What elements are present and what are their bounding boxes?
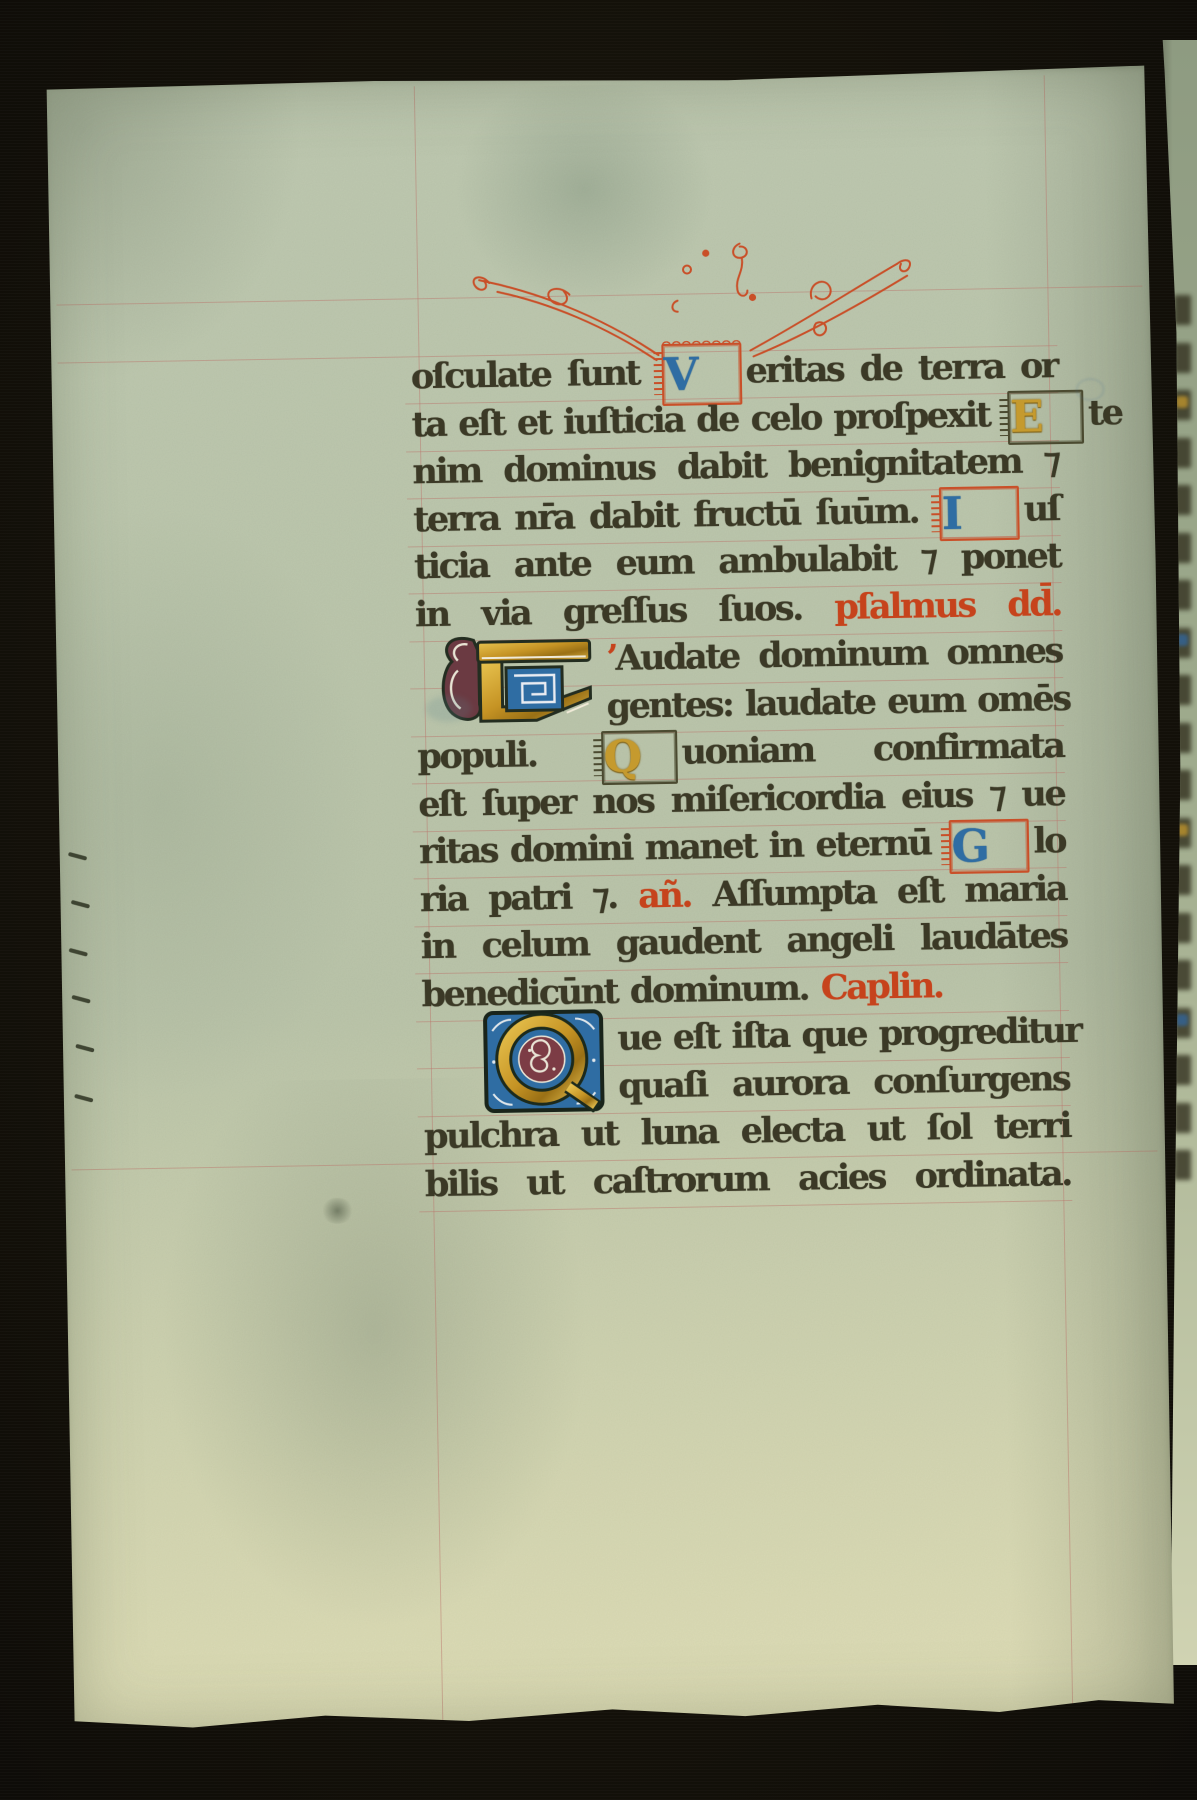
body-text: terra nr̄a dabit fructū ſuūm. — [413, 490, 934, 540]
ruling-layer — [43, 65, 1148, 84]
sewing-stitch — [75, 1044, 94, 1052]
parchment-stain — [10, 499, 380, 1105]
body-text: oſculate ſunt — [410, 352, 655, 397]
adjacent-page-text-row — [1174, 865, 1191, 895]
initial-letter: I — [941, 488, 1018, 539]
body-text: uſ — [1023, 488, 1059, 530]
adjacent-page-gold-initial — [1176, 396, 1188, 408]
rubric-text: Caplin. — [820, 965, 942, 1008]
rubric-text: añ. — [638, 874, 692, 916]
adjacent-page-text-row — [1174, 533, 1191, 563]
adjacent-page-text-row — [1174, 343, 1191, 373]
body-text: in celum gaudent angeli laudātes — [420, 915, 1067, 967]
adjacent-page-text-row — [1174, 1103, 1191, 1133]
manuscript-page: L — [43, 65, 1177, 1734]
adjacent-page-text-row — [1174, 295, 1191, 325]
sewing-stitch — [74, 1094, 93, 1102]
text-block: L — [410, 342, 1071, 1208]
adjacent-page-text-row — [1174, 485, 1191, 515]
adjacent-page-text-row — [1174, 1150, 1191, 1180]
sewing-stitches — [43, 65, 1148, 84]
initial-letter: G — [951, 820, 1028, 871]
body-text: Aſſumpta eſt maria — [691, 868, 1067, 916]
initial-letter: Q — [603, 731, 676, 782]
body-text: pulchra ut luna electa ut ſol terri — [424, 1105, 1071, 1157]
adjacent-page-text-row — [1174, 960, 1191, 990]
sewing-stitch — [71, 900, 90, 908]
parchment-stain — [320, 1198, 354, 1225]
body-text: eritas de terra or — [745, 345, 1057, 391]
body-text: in via greſſus ſuos. — [415, 587, 835, 635]
body-text: benedicūnt dominum. — [421, 967, 821, 1015]
body-text: bilis ut caſtrorum acies ordinata. — [425, 1152, 1072, 1204]
body-text: ue eſt iſta que progreditur — [617, 1010, 1081, 1059]
body-text: ticia ante eum ambulabit ⁊ ponet — [414, 535, 1061, 587]
sewing-stitch — [72, 995, 91, 1003]
sewing-stitch — [69, 948, 88, 956]
adjacent-page-text-row — [1174, 580, 1191, 610]
adjacent-page-text-row — [1174, 675, 1191, 705]
adjacent-page-blue-initial — [1176, 1014, 1188, 1026]
body-text: eſt ſuper nos miſericordia eius ⁊ ue — [418, 773, 1065, 825]
body-text: populi. — [417, 733, 596, 777]
adjacent-page-text-row — [1174, 770, 1191, 800]
body-text: gentes: laudate eum omēs — [606, 677, 1070, 726]
body-text: Audate dominum omnes — [615, 630, 1062, 679]
body-text: quaſi aurora conſurgens — [618, 1058, 1070, 1107]
body-text: ritas domini manet in eternū — [419, 822, 944, 872]
adjacent-page-gold-initial — [1176, 824, 1188, 836]
adjacent-page-text-row — [1174, 1055, 1191, 1085]
rubric-text: pſalmus dd̄. — [834, 583, 1061, 628]
adjacent-page-blue-initial — [1176, 634, 1188, 646]
body-text: lo — [1033, 820, 1065, 862]
body-text: ria patri ⁊. — [420, 875, 639, 920]
photo-backdrop: L — [0, 0, 1197, 1800]
initial-letter: E — [1010, 392, 1083, 443]
adjacent-page-text-row — [1174, 723, 1191, 753]
body-text: ta eſt et iuſticia de celo proſpexit — [411, 394, 1002, 445]
adjacent-page-text-row — [1174, 913, 1191, 943]
sewing-stitch — [68, 852, 87, 860]
adjacent-page-text-row — [1174, 438, 1191, 468]
manuscript-line: bilis ut caſtrorum acies ordinata. — [425, 1149, 1072, 1208]
parchment-stain — [43, 80, 308, 384]
body-text: nim dominus dabit benignitatem ⁊ — [412, 440, 1059, 492]
body-text: uoniam confirmata — [681, 725, 1064, 773]
